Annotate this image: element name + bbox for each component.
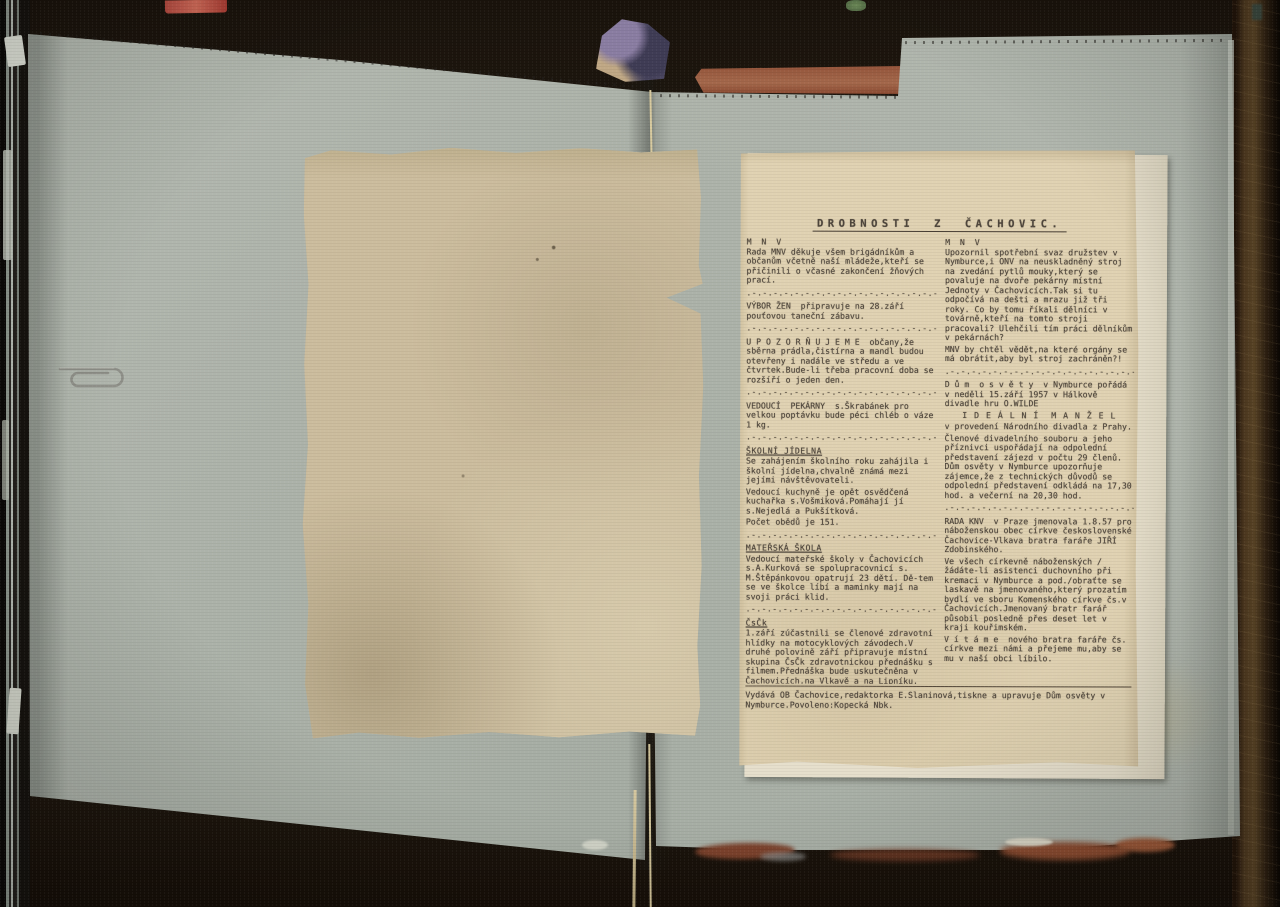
- typed-paragraph: Členové divadelního souboru a jeho přízn…: [944, 434, 1134, 501]
- typed-separator: .-.-.-.-.-.-.-.-.-.-.-.-.-.-.-.-.-.-: [746, 604, 936, 614]
- typed-paragraph: Upozornil spotřební svaz družstev v Nymb…: [945, 248, 1135, 343]
- underlying-page-edge: [1228, 40, 1234, 835]
- typed-paragraph: Počet obědů je 151.: [746, 517, 936, 527]
- typed-separator: .-.-.-.-.-.-.-.-.-.-.-.-.-.-.-.-.-.-: [746, 387, 936, 397]
- scanned-album-spread: DROBNOSTI Z ČACHOVIC. M N VRada MNV děku…: [0, 0, 1280, 907]
- green-paint-spot: [846, 0, 866, 11]
- page-edge-sliver: [3, 150, 12, 260]
- binding-thread: [632, 790, 636, 907]
- typed-paragraph: I D E Á L N Í M A N Ž E L: [945, 411, 1135, 421]
- rust-streak: [1115, 838, 1175, 852]
- typed-paragraph: D ů m o s v ě t y v Nymburce pořádá v ne…: [945, 380, 1135, 409]
- typed-paragraph: RADA KNV v Praze jmenovala 1.8.57 pro ná…: [944, 517, 1134, 555]
- newsletter-column-left: M N VRada MNV děkuje všem brigádníkům a …: [745, 237, 936, 683]
- typed-heading: ČsČk: [746, 618, 936, 628]
- typed-paragraph: Se zahájením školního roku zahájila i šk…: [746, 456, 936, 485]
- red-tape-fragment: [165, 0, 227, 14]
- typed-paragraph: VEDOUCÍ PEKÁRNY s.Škrabánek pro velkou p…: [746, 401, 936, 430]
- typed-paragraph: U P O Z O R Ň U J E M E občany,že sběrna…: [746, 337, 936, 385]
- typed-paragraph: VÝBOR ŽEN připravuje na 28.září pouťovou…: [746, 301, 936, 320]
- typed-separator: .-.-.-.-.-.-.-.-.-.-.-.-.-.-.-.-.-.-: [945, 367, 1135, 377]
- grey-smudge: [760, 852, 806, 861]
- newsletter-title: DROBNOSTI Z ČACHOVIC.: [813, 218, 1066, 233]
- typed-paragraph: Rada MNV děkuje všem brigádníkům a občan…: [746, 247, 936, 285]
- typed-separator: .-.-.-.-.-.-.-.-.-.-.-.-.-.-.-.-.-.-: [944, 503, 1134, 513]
- typed-paragraph: 1.září zúčastnili se členové zdravotní h…: [745, 628, 935, 683]
- typed-separator: .-.-.-.-.-.-.-.-.-.-.-.-.-.-.-.-.-.-: [746, 323, 936, 333]
- typed-heading: ŠKOLNÍ JÍDELNA: [746, 446, 936, 456]
- typed-paragraph: V í t á m e nového bratra faráře čs. cír…: [944, 635, 1134, 664]
- marbled-spine-corner: [596, 16, 670, 82]
- torn-page-glue-residue: [695, 66, 907, 94]
- newsletter-imprint: Vydává OB Čachovice,redaktorka E.Slanino…: [745, 685, 1131, 710]
- typed-separator: .-.-.-.-.-.-.-.-.-.-.-.-.-.-.-.-.-.-: [746, 530, 936, 540]
- newsletter-column-right: M N VUpozornil spotřební svaz družstev v…: [944, 238, 1135, 684]
- paperclip-icon: [54, 356, 136, 394]
- typed-separator: .-.-.-.-.-.-.-.-.-.-.-.-.-.-.-.-.-.-: [746, 288, 936, 298]
- typed-paragraph: Vedoucí kuchyně je opět osvědčená kuchař…: [746, 487, 936, 516]
- blank-pasted-paper: [299, 144, 709, 747]
- typed-paragraph: Ve všech církevně náboženských /žádáte-l…: [944, 557, 1134, 633]
- typed-paragraph: v provedení Národního divadla z Prahy.: [945, 422, 1135, 432]
- newsletter-title-row: DROBNOSTI Z ČACHOVIC.: [739, 211, 1141, 232]
- paper-sliver: [1005, 838, 1053, 846]
- typed-separator: .-.-.-.-.-.-.-.-.-.-.-.-.-.-.-.-.-.-: [746, 432, 936, 442]
- typed-paragraph: Vedoucí mateřské školy v Čachovicích s.A…: [746, 554, 936, 602]
- dark-speck: [1252, 4, 1262, 20]
- typed-heading: MATEŘSKÁ ŠKOLA: [746, 543, 936, 553]
- typed-paragraph: MNV by chtěl vědět,na které orgány se má…: [945, 345, 1135, 364]
- rust-streak: [830, 849, 980, 861]
- page-edge-sliver: [2, 420, 9, 500]
- typed-newsletter-sheet: DROBNOSTI Z ČACHOVIC. M N VRada MNV děku…: [737, 149, 1141, 772]
- newsletter-columns: M N VRada MNV děkuje všem brigádníkům a …: [745, 237, 1134, 684]
- paper-sliver: [582, 840, 608, 850]
